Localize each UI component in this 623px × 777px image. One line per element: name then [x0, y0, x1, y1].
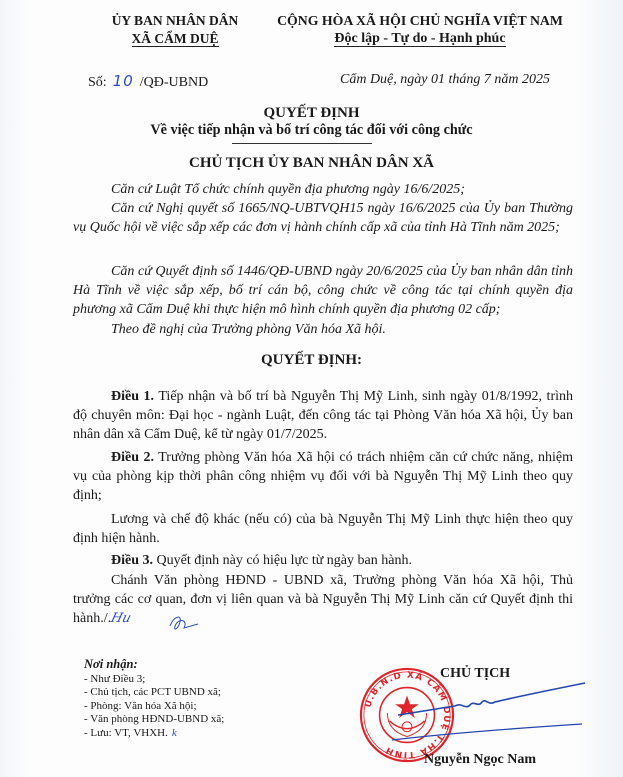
document-number-suffix: /QĐ-UBND — [140, 75, 208, 90]
recipients-block: Nơi nhận: - Như Điều 3; - Chủ tịch, các … — [84, 658, 324, 740]
article-3: Điều 3. Quyết định này có hiệu lực từ ng… — [73, 551, 573, 570]
article-3-implementation: Chánh Văn phòng HĐND - UBND xã, Trưởng p… — [73, 571, 573, 629]
issuing-commune-name: XÃ CẨM DUỆ — [132, 31, 219, 47]
document-type: QUYẾT ĐỊNH — [0, 105, 623, 122]
recipient-item: - Văn phòng HĐND-UBND xã; — [84, 713, 324, 727]
article-1: Điều 1. Tiếp nhận và bố trí bà Nguyễn Th… — [73, 387, 573, 445]
national-title: CỘNG HÒA XÃ HỘI CHỦ NGHĨA VIỆT NAM — [260, 13, 580, 29]
signer-title: CHỦ TỊCH — [440, 666, 510, 682]
decision-heading: QUYẾT ĐỊNH: — [0, 352, 623, 369]
preamble-3: Căn cứ Quyết định số 1446/QĐ-UBND ngày 2… — [73, 262, 573, 320]
preamble-2: Căn cứ Nghị quyết số 1665/NQ-UBTVQH15 ng… — [73, 199, 573, 237]
stamp-text: U.B.N.D XÃ CẨM DUỆ T.HÀ TĨNH — [363, 671, 451, 761]
document-page: ỦY BAN NHÂN DÂN XÃ CẨM DUỆ CỘNG HÒA XÃ H… — [0, 0, 623, 777]
preamble-4: Theo đề nghị của Trưởng phòng Văn hóa Xã… — [73, 320, 573, 339]
document-number-handwritten: 10 — [113, 72, 134, 90]
recipients-handwritten-initial: k — [172, 727, 177, 739]
recipients-title: Nơi nhận: — [84, 658, 324, 672]
document-subject: Về việc tiếp nhận và bố trí công tác đối… — [0, 122, 623, 139]
article-2: Điều 2. Trưởng phòng Văn hóa Xã hội có t… — [73, 448, 573, 506]
recipient-item: - Chủ tịch, các PCT UBND xã; — [84, 686, 324, 700]
issuing-authority: CHỦ TỊCH ỦY BAN NHÂN DÂN XÃ — [0, 155, 623, 172]
national-motto-text: Độc lập - Tự do - Hạnh phúc — [334, 31, 505, 47]
svg-text:U.B.N.D XÃ CẨM DUỆ T.HÀ TĨNH: U.B.N.D XÃ CẨM DUỆ T.HÀ TĨNH — [363, 671, 451, 761]
issuing-agency: ỦY BAN NHÂN DÂN — [85, 13, 265, 29]
recipient-item: - Như Điều 3; — [84, 673, 324, 687]
document-number: Số:10/QĐ-UBND — [88, 72, 208, 91]
article-2-salary: Lương và chế độ khác (nếu có) của bà Ngu… — [73, 510, 573, 548]
national-motto: Độc lập - Tự do - Hạnh phúc — [260, 31, 580, 47]
preamble-1: Căn cứ Luật Tổ chức chính quyền địa phươ… — [73, 180, 573, 199]
issuing-commune: XÃ CẨM DUỆ — [85, 31, 265, 47]
place-and-date: Cẩm Duệ, ngày 01 tháng 7 năm 2025 — [300, 72, 590, 88]
signer-name: Nguyễn Ngọc Nam — [424, 752, 536, 768]
recipient-item: - Lưu: VT, VHXH.k — [84, 727, 324, 741]
recipient-item: - Phòng: Văn hóa Xã hội; — [84, 700, 324, 714]
handwritten-initials: Hu — [109, 609, 134, 628]
subject-underline — [232, 143, 372, 144]
document-number-prefix: Số: — [88, 75, 107, 90]
